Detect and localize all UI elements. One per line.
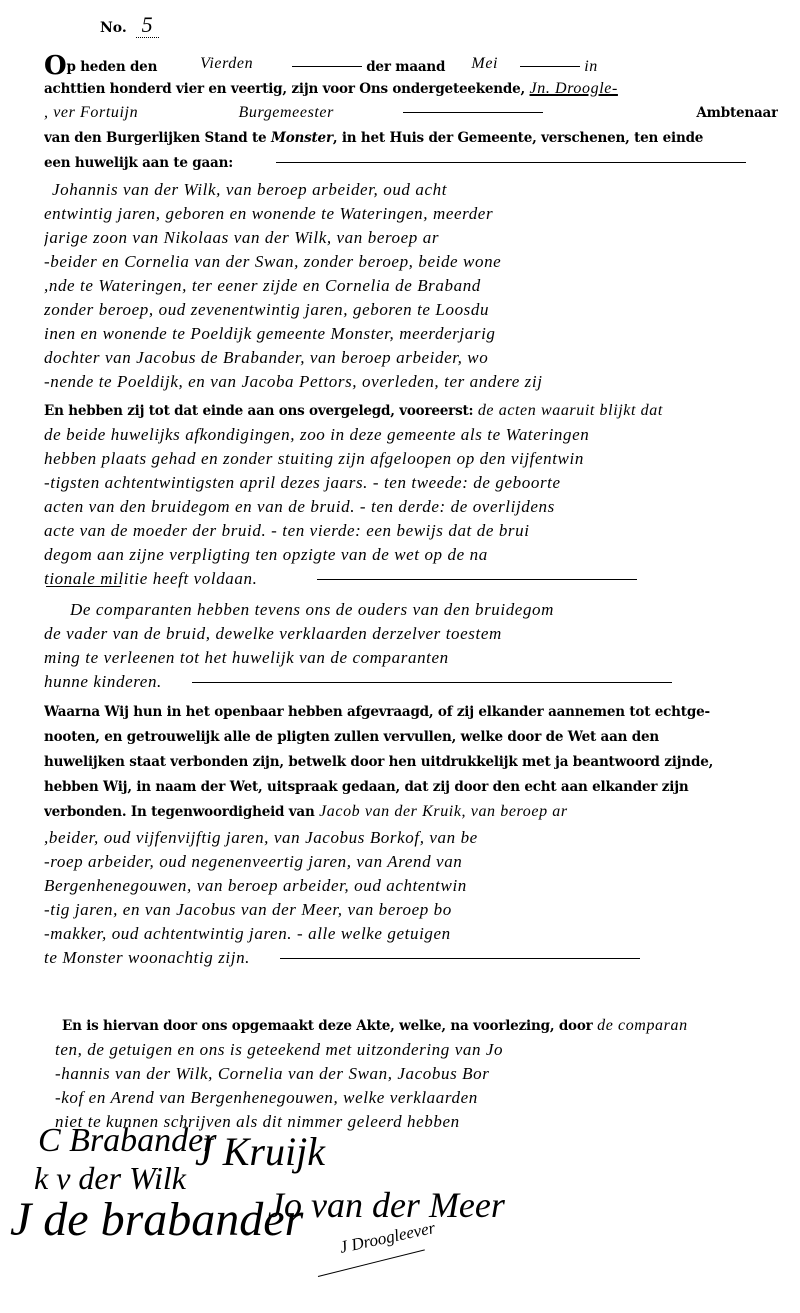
- opening-line-1: Op heden den Vierden der maand Mei in: [44, 52, 778, 76]
- parties-line: dochter van Jacobus de Brabander, van be…: [44, 346, 778, 370]
- blank-rule: [403, 112, 543, 113]
- opening-text: , in het Huis der Gemeente, verschenen, …: [333, 130, 703, 146]
- official-name-cont: , ver Fortuijn: [44, 101, 234, 125]
- big-initial: O: [44, 52, 66, 76]
- ceremony-line: huwelijken staat verbonden zijn, betwelk…: [44, 750, 778, 774]
- documents-line-last: tionale militie heeft voldaan.: [44, 567, 778, 591]
- documents-line: de acten waaruit blijkt dat: [478, 402, 663, 419]
- section-rule: [46, 586, 121, 587]
- parties-line: inen en wonende te Poeldijk gemeente Mon…: [44, 322, 778, 346]
- signature-c-brabander: C Brabander: [38, 1122, 217, 1160]
- closing-intro-text: En is hiervan door ons opgemaakt deze Ak…: [62, 1018, 593, 1034]
- signature-flourish: [318, 1249, 425, 1277]
- opening-text: der maand: [366, 59, 445, 75]
- ceremony-line: hebben Wij, in naam der Wet, uitspraak g…: [44, 775, 778, 799]
- record-number-value: 5: [136, 12, 159, 38]
- ceremony-line: nooten, en getrouwelijk alle de pligten …: [44, 725, 778, 749]
- witness-line-text: te Monster woonachtig zijn.: [44, 948, 250, 967]
- official-name-field: Jn. Droogle-: [530, 80, 618, 97]
- witness-intro-text: verbonden. In tegenwoordigheid van: [44, 804, 315, 820]
- witness-line-last: te Monster woonachtig zijn.: [44, 946, 778, 970]
- consent-line: de vader van de bruid, dewelke verklaard…: [44, 622, 778, 646]
- opening-line-4: van den Burgerlijken Stand te Monster, i…: [44, 126, 778, 150]
- parties-line: -beider en Cornelia van der Swan, zonder…: [44, 250, 778, 274]
- parties-line: ,nde te Wateringen, ter eener zijde en C…: [44, 274, 778, 298]
- opening-line-3: , ver Fortuijn Burgemeester Ambtenaar: [44, 101, 778, 125]
- official-title-field: Burgemeester: [239, 101, 399, 125]
- closing-line: -hannis van der Wilk, Cornelia van der S…: [55, 1062, 778, 1086]
- blank-rule: [276, 162, 746, 163]
- opening-text: Ambtenaar: [696, 101, 778, 125]
- closing-rule: [317, 579, 637, 580]
- documents-line: hebben plaats gehad en zonder stuiting z…: [44, 447, 778, 471]
- ceremony-line: Waarna Wij hun in het openbaar hebben af…: [44, 700, 778, 724]
- record-number-label: No.: [100, 20, 127, 36]
- documents-line: degom aan zijne verpligting ten opzigte …: [44, 543, 778, 567]
- opening-text: p heden den: [66, 59, 157, 75]
- witness-line: Bergenhenegouwen, van beroep arbeider, o…: [44, 874, 778, 898]
- civil-marriage-record: No. 5 Op heden den Vierden der maand Mei…: [0, 0, 800, 1313]
- opening-text: van den Burgerlijken Stand te: [44, 130, 266, 146]
- consent-line-last: hunne kinderen.: [44, 670, 778, 694]
- month-suffix: in: [584, 58, 598, 75]
- witness-text: Jacob van der Kruik, van beroep ar: [319, 803, 568, 820]
- documents-intro: En hebben zij tot dat einde aan ons over…: [44, 399, 778, 423]
- parties-line: entwintig jaren, geboren en wonende te W…: [44, 202, 778, 226]
- witness-line: -tig jaren, en van Jacobus van der Meer,…: [44, 898, 778, 922]
- closing-line: -kof en Arend van Bergenhenegouwen, welk…: [55, 1086, 778, 1110]
- closing-rule: [192, 682, 672, 683]
- documents-line: acten van den bruidegom en van de bruid.…: [44, 495, 778, 519]
- closing-intro: En is hiervan door ons opgemaakt deze Ak…: [62, 1014, 778, 1038]
- documents-line: de beide huwelijks afkondigingen, zoo in…: [44, 423, 778, 447]
- record-number: No. 5: [100, 12, 159, 38]
- witness-line: ,beider, oud vijfenvijftig jaren, van Ja…: [44, 826, 778, 850]
- signature-jo-van-der-meer: Jo van der Meer: [268, 1184, 505, 1226]
- month-field: Mei: [450, 52, 520, 76]
- witness-line: -makker, oud achtentwintig jaren. - alle…: [44, 922, 778, 946]
- opening-text: achttien honderd vier en veertig, zijn v…: [44, 81, 525, 97]
- witness-line: -roep arbeider, oud negenenveertig jaren…: [44, 850, 778, 874]
- closing-rule: [280, 958, 640, 959]
- documents-line: acte van de moeder der bruid. - ten vier…: [44, 519, 778, 543]
- parties-line: zonder beroep, oud zevenentwintig jaren,…: [44, 298, 778, 322]
- municipality-field: Monster: [271, 130, 333, 146]
- closing-line: ten, de getuigen en ons is geteekend met…: [55, 1038, 778, 1062]
- opening-line-2: achttien honderd vier en veertig, zijn v…: [44, 77, 778, 101]
- parties-line: Johannis van der Wilk, van beroep arbeid…: [52, 178, 778, 202]
- consent-line: ming te verleenen tot het huwelijk van d…: [44, 646, 778, 670]
- documents-line: -tigsten achtentwintigsten april dezes j…: [44, 471, 778, 495]
- consent-line-text: hunne kinderen.: [44, 672, 162, 691]
- signature-j-de-brabander: J de brabander: [10, 1192, 303, 1247]
- blank-rule: [520, 66, 580, 67]
- blank-rule: [292, 66, 362, 67]
- signature-j-kruijk: J Kruijk: [195, 1128, 325, 1175]
- opening-text: een huwelijk aan te gaan:: [44, 155, 233, 171]
- day-field: Vierden: [162, 52, 292, 76]
- documents-intro-text: En hebben zij tot dat einde aan ons over…: [44, 403, 473, 419]
- opening-line-5: een huwelijk aan te gaan:: [44, 151, 778, 175]
- parties-line: -nende te Poeldijk, en van Jacoba Pettor…: [44, 370, 778, 394]
- parties-line: jarige zoon van Nikolaas van der Wilk, v…: [44, 226, 778, 250]
- consent-line: De comparanten hebben tevens ons de oude…: [70, 598, 778, 622]
- closing-hand: de comparan: [597, 1017, 688, 1034]
- witness-intro-line: verbonden. In tegenwoordigheid van Jacob…: [44, 800, 778, 824]
